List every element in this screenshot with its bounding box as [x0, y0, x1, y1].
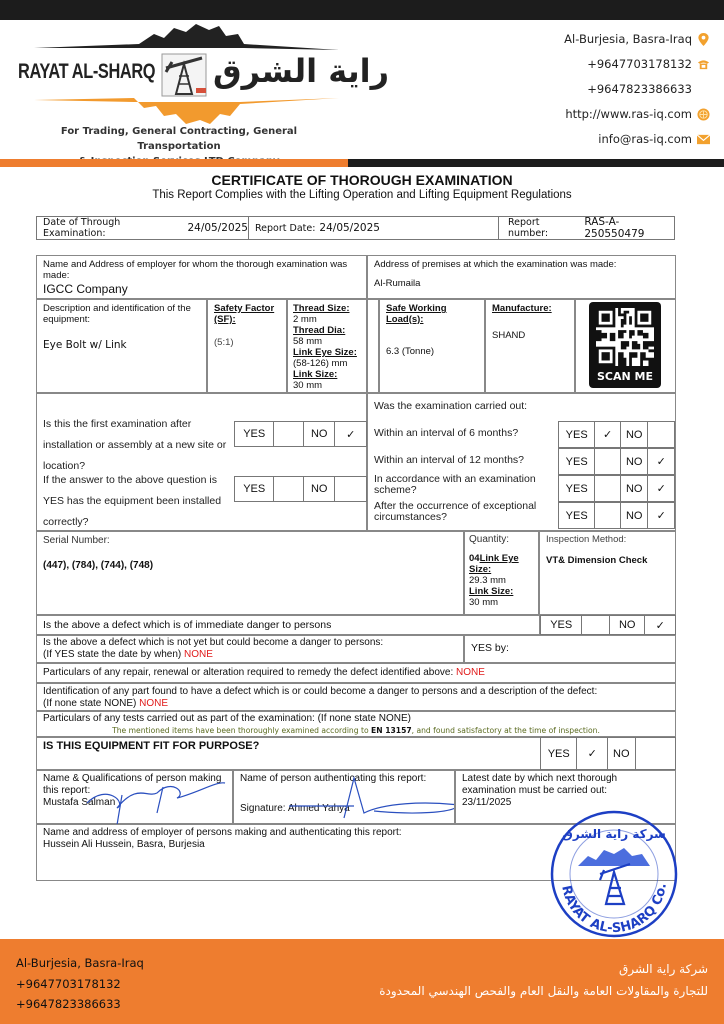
examination-carried-out-heading: Was the examination carried out: — [374, 400, 527, 412]
quantity-link-size-value: 30 mm — [469, 597, 534, 608]
fit-yes-label: YES — [541, 738, 577, 769]
repair-cell: Particulars of any repair, renewal or al… — [36, 663, 676, 683]
no-label: NO — [621, 476, 649, 501]
footer-arabic-name: شركة راية الشرق — [379, 958, 708, 980]
report-number-cell: Report number: RAS-A-250550479 — [499, 217, 674, 239]
interval-yes-no: YESNO✓ — [558, 475, 675, 502]
phone-2-text[interactable]: +9647823386633 — [587, 82, 692, 96]
fit-for-purpose-label: IS THIS EQUIPMENT FIT FOR PURPOSE? — [43, 740, 259, 752]
logo-english-text: RAYAT AL-SHARQ — [18, 60, 155, 84]
tagline-line-1: For Trading, General Contracting, Genera… — [20, 124, 338, 154]
identification-cell: Identification of any part found to have… — [36, 683, 676, 711]
thread-size-label: Thread Size: — [293, 303, 361, 314]
thread-dia-label: Thread Dia: — [293, 325, 361, 336]
question-interval-text: After the occurrence of exceptional circ… — [374, 501, 552, 523]
footer-contact-info: Al-Burjesia, Basra-Iraq +9647703178132 +… — [16, 953, 144, 1015]
inspection-method-value: VT& Dimension Check — [546, 555, 669, 566]
premises-value: Al-Rumaila — [374, 278, 669, 289]
immediate-danger-yes-no: YES NO ✓ — [540, 615, 676, 635]
header-stripe-dark — [348, 159, 724, 167]
employer-cell: Name and Address of employer for whom th… — [36, 255, 367, 299]
identification-sublabel: (If none state NONE) — [43, 698, 136, 709]
dates-row: Date of Through Examination: 24/05/2025 … — [36, 216, 675, 240]
scan-me-label: SCAN ME — [589, 370, 661, 383]
future-danger-sublabel: (If YES state the date by when) — [43, 649, 181, 660]
question-first-examination: Is this the first examination after inst… — [43, 414, 228, 477]
repair-value: NONE — [456, 667, 485, 678]
tests-value-text: The mentioned items have been thoroughly… — [112, 726, 369, 735]
link-eye-size-label: Link Eye Size: — [293, 347, 361, 358]
report-number-value: RAS-A-250550479 — [584, 216, 674, 240]
identification-label: Identification of any part found to have… — [43, 686, 669, 698]
fit-no-checkbox[interactable] — [636, 738, 675, 769]
questions-right-block: Was the examination carried out: Within … — [367, 393, 676, 531]
equipment-description-cell: Description and identification of the eq… — [36, 299, 207, 393]
future-danger-value: NONE — [184, 649, 213, 660]
question-interval-text: Within an interval of 12 months? — [374, 455, 552, 466]
yes-label: YES — [559, 449, 595, 474]
yes-checkbox[interactable] — [595, 449, 621, 474]
report-authenticator-cell: Name of person authenticating this repor… — [233, 770, 455, 824]
location-pin-icon — [697, 33, 710, 46]
footer-arabic-company: شركة راية الشرق للتجارة والمقاولات العام… — [379, 958, 708, 1002]
report-maker-cell: Name & Qualifications of person making t… — [36, 770, 233, 824]
interval-yes-no: YES✓NO — [558, 421, 675, 448]
thread-size-value: 2 mm — [293, 314, 361, 325]
report-number-label: Report number: — [508, 217, 578, 239]
report-date-label: Report Date: — [255, 223, 315, 234]
swl-value: 6.3 (Tonne) — [386, 346, 478, 357]
footer-phone-2[interactable]: +9647823386633 — [16, 994, 144, 1015]
no-checkbox[interactable]: ✓ — [648, 449, 674, 474]
safety-factor-value: (5:1) — [214, 337, 280, 348]
manufacture-value: SHAND — [492, 330, 568, 341]
employer-value: IGCC Company — [43, 282, 360, 296]
fit-for-purpose-cell: IS THIS EQUIPMENT FIT FOR PURPOSE? — [36, 737, 541, 770]
installed-no-label: NO — [304, 477, 336, 501]
exam-date-cell: Date of Through Examination: 24/05/2025 — [37, 217, 249, 239]
question-interval-text: Within an interval of 6 months? — [374, 428, 552, 439]
no-checkbox[interactable] — [648, 422, 674, 447]
premises-label: Address of premises at which the examina… — [374, 259, 669, 270]
future-danger-label: Is the above a defect which is not yet b… — [43, 637, 457, 649]
globe-icon — [697, 108, 710, 121]
yes-label: YES — [559, 422, 595, 447]
tests-standard: EN 13157 — [371, 726, 412, 735]
swl-label: Safe Working Load(s): — [386, 303, 478, 325]
employer-label: Name and Address of employer for whom th… — [43, 259, 360, 281]
yes-label: YES — [559, 503, 595, 528]
equipment-description-value: Eye Bolt w/ Link — [43, 339, 200, 351]
fit-no-label: NO — [608, 738, 636, 769]
report-date-cell: Report Date: 24/05/2025 — [249, 217, 499, 239]
installed-correctly-yes-no: YES NO — [234, 476, 367, 502]
premises-cell: Address of premises at which the examina… — [367, 255, 676, 299]
address-text: Al-Burjesia, Basra-Iraq — [564, 32, 692, 46]
yes-label: YES — [559, 476, 595, 501]
envelope-icon — [697, 133, 710, 146]
certificate-subtitle: This Report Complies with the Lifting Op… — [0, 189, 724, 201]
immediate-no-label: NO — [610, 616, 645, 634]
quantity-label: Quantity: — [469, 534, 534, 545]
first-exam-no-checkbox[interactable]: ✓ — [335, 422, 366, 446]
manufacture-cell: Manufacture: SHAND — [485, 299, 575, 393]
signature-ahmed-icon — [284, 773, 454, 823]
question-installed-correctly: If the answer to the above question is Y… — [43, 470, 228, 533]
no-label: NO — [621, 422, 649, 447]
contact-phone-2[interactable]: +9647823386633 — [587, 82, 692, 96]
contact-website[interactable]: http://www.ras-iq.com — [565, 107, 710, 121]
yes-checkbox[interactable]: ✓ — [595, 422, 621, 447]
first-exam-yes-checkbox[interactable] — [274, 422, 304, 446]
spacer-cell — [367, 299, 379, 393]
installed-no-checkbox[interactable] — [335, 477, 366, 501]
email-link[interactable]: info@ras-iq.com — [598, 132, 692, 146]
serial-number-value: (447), (784), (744), (748) — [43, 560, 457, 571]
qr-code[interactable]: SCAN ME — [589, 302, 661, 388]
link-size-label: Link Size: — [293, 369, 361, 380]
quantity-link-eye-value: 29.3 mm — [469, 575, 534, 586]
serial-number-label: Serial Number: — [43, 535, 457, 546]
equipment-description-label: Description and identification of the eq… — [43, 303, 200, 325]
serial-number-cell: Serial Number: (447), (784), (744), (748… — [36, 531, 464, 615]
no-checkbox[interactable]: ✓ — [648, 476, 674, 501]
contact-phone-1[interactable]: +9647703178132 — [587, 57, 710, 71]
logo-arabic-text: راية الشرق — [213, 52, 389, 90]
manufacture-label: Manufacture: — [492, 303, 568, 314]
safety-factor-label: Safety Factor (SF): — [214, 303, 280, 325]
no-label: NO — [621, 503, 649, 528]
exam-date-value: 24/05/2025 — [187, 222, 248, 234]
interval-yes-no: YESNO✓ — [558, 502, 675, 529]
tests-label: Particulars of any tests carried out as … — [43, 713, 669, 725]
header-stripe-orange — [0, 159, 348, 167]
stamp-seal-icon: RAYAT AL-SHARQ Co. شركة راية الشرق — [548, 808, 680, 940]
repair-label: Particulars of any repair, renewal or al… — [43, 667, 453, 678]
pumpjack-icon — [162, 54, 206, 96]
quantity-cell: Quantity: 04Link Eye Size: 29.3 mm Link … — [464, 531, 539, 615]
identification-value: NONE — [139, 698, 168, 709]
company-stamp: RAYAT AL-SHARQ Co. شركة راية الشرق — [548, 808, 680, 940]
quantity-link-size-label: Link Size: — [469, 586, 534, 597]
question-interval-text: In accordance with an examination scheme… — [374, 474, 552, 496]
immediate-yes-checkbox[interactable] — [582, 616, 610, 634]
immediate-danger-label: Is the above a defect which is of immedi… — [43, 619, 331, 631]
immediate-yes-label: YES — [541, 616, 582, 634]
contact-address: Al-Burjesia, Basra-Iraq — [564, 32, 710, 46]
no-label: NO — [621, 449, 649, 474]
phone-1-text[interactable]: +9647703178132 — [587, 57, 692, 71]
inspection-method-cell: Inspection Method: VT& Dimension Check — [539, 531, 676, 615]
fit-for-purpose-yes-no: YES ✓ NO — [540, 737, 676, 770]
contact-email[interactable]: info@ras-iq.com — [598, 132, 710, 146]
first-exam-no-label: NO — [304, 422, 336, 446]
interval-yes-no: YESNO✓ — [558, 448, 675, 475]
quantity-value: 04 — [469, 553, 480, 564]
safety-factor-cell: Safety Factor (SF): (5:1) — [207, 299, 287, 393]
immediate-no-checkbox[interactable]: ✓ — [645, 616, 675, 634]
yes-checkbox[interactable] — [595, 503, 621, 528]
no-checkbox[interactable]: ✓ — [648, 503, 674, 528]
yes-by-cell: YES by: — [464, 635, 676, 663]
link-size-value: 30 mm — [293, 380, 361, 391]
questions-left-block: Is this the first examination after inst… — [36, 393, 367, 531]
swl-cell: Safe Working Load(s): 6.3 (Tonne) — [379, 299, 485, 393]
next-examination-label: Latest date by which next thorough exami… — [462, 773, 669, 797]
installed-yes-label: YES — [235, 477, 274, 501]
report-date-value: 24/05/2025 — [319, 222, 380, 234]
footer-address: Al-Burjesia, Basra-Iraq — [16, 953, 144, 974]
svg-text:RAYAT AL-SHARQ Co.: RAYAT AL-SHARQ Co. — [558, 883, 670, 937]
installed-yes-checkbox[interactable] — [274, 477, 304, 501]
svg-text:شركة راية الشرق: شركة راية الشرق — [562, 827, 666, 841]
first-exam-yes-label: YES — [235, 422, 274, 446]
footer-arabic-description: للتجارة والمقاولات العامة والنقل العام و… — [379, 980, 708, 1002]
inspection-method-label: Inspection Method: — [546, 534, 669, 545]
first-examination-yes-no: YES NO ✓ — [234, 421, 367, 447]
telephone-icon — [697, 58, 710, 71]
exam-date-label: Date of Through Examination: — [43, 217, 181, 239]
top-bar — [0, 0, 724, 20]
footer-phone-1[interactable]: +9647703178132 — [16, 974, 144, 995]
qr-cell: SCAN ME — [575, 299, 676, 393]
fit-yes-checkbox[interactable]: ✓ — [577, 738, 608, 769]
future-danger-cell: Is the above a defect which is not yet b… — [36, 635, 464, 663]
yes-checkbox[interactable] — [595, 476, 621, 501]
immediate-danger-cell: Is the above a defect which is of immedi… — [36, 615, 540, 635]
website-link[interactable]: http://www.ras-iq.com — [565, 107, 692, 121]
signature-mustafa-icon — [77, 773, 227, 825]
tests-value-suffix: , and found satisfactory at the time of … — [412, 726, 600, 735]
thread-dia-value: 58 mm — [293, 336, 361, 347]
tests-cell: Particulars of any tests carried out as … — [36, 711, 676, 737]
qr-code-icon — [596, 308, 654, 366]
certificate-title: CERTIFICATE OF THOROUGH EXAMINATION — [0, 172, 724, 188]
link-eye-size-value: (58-126) mm — [293, 358, 361, 369]
yes-by-label: YES by: — [471, 642, 509, 654]
dimensions-cell: Thread Size: 2 mm Thread Dia: 58 mm Link… — [287, 299, 367, 393]
